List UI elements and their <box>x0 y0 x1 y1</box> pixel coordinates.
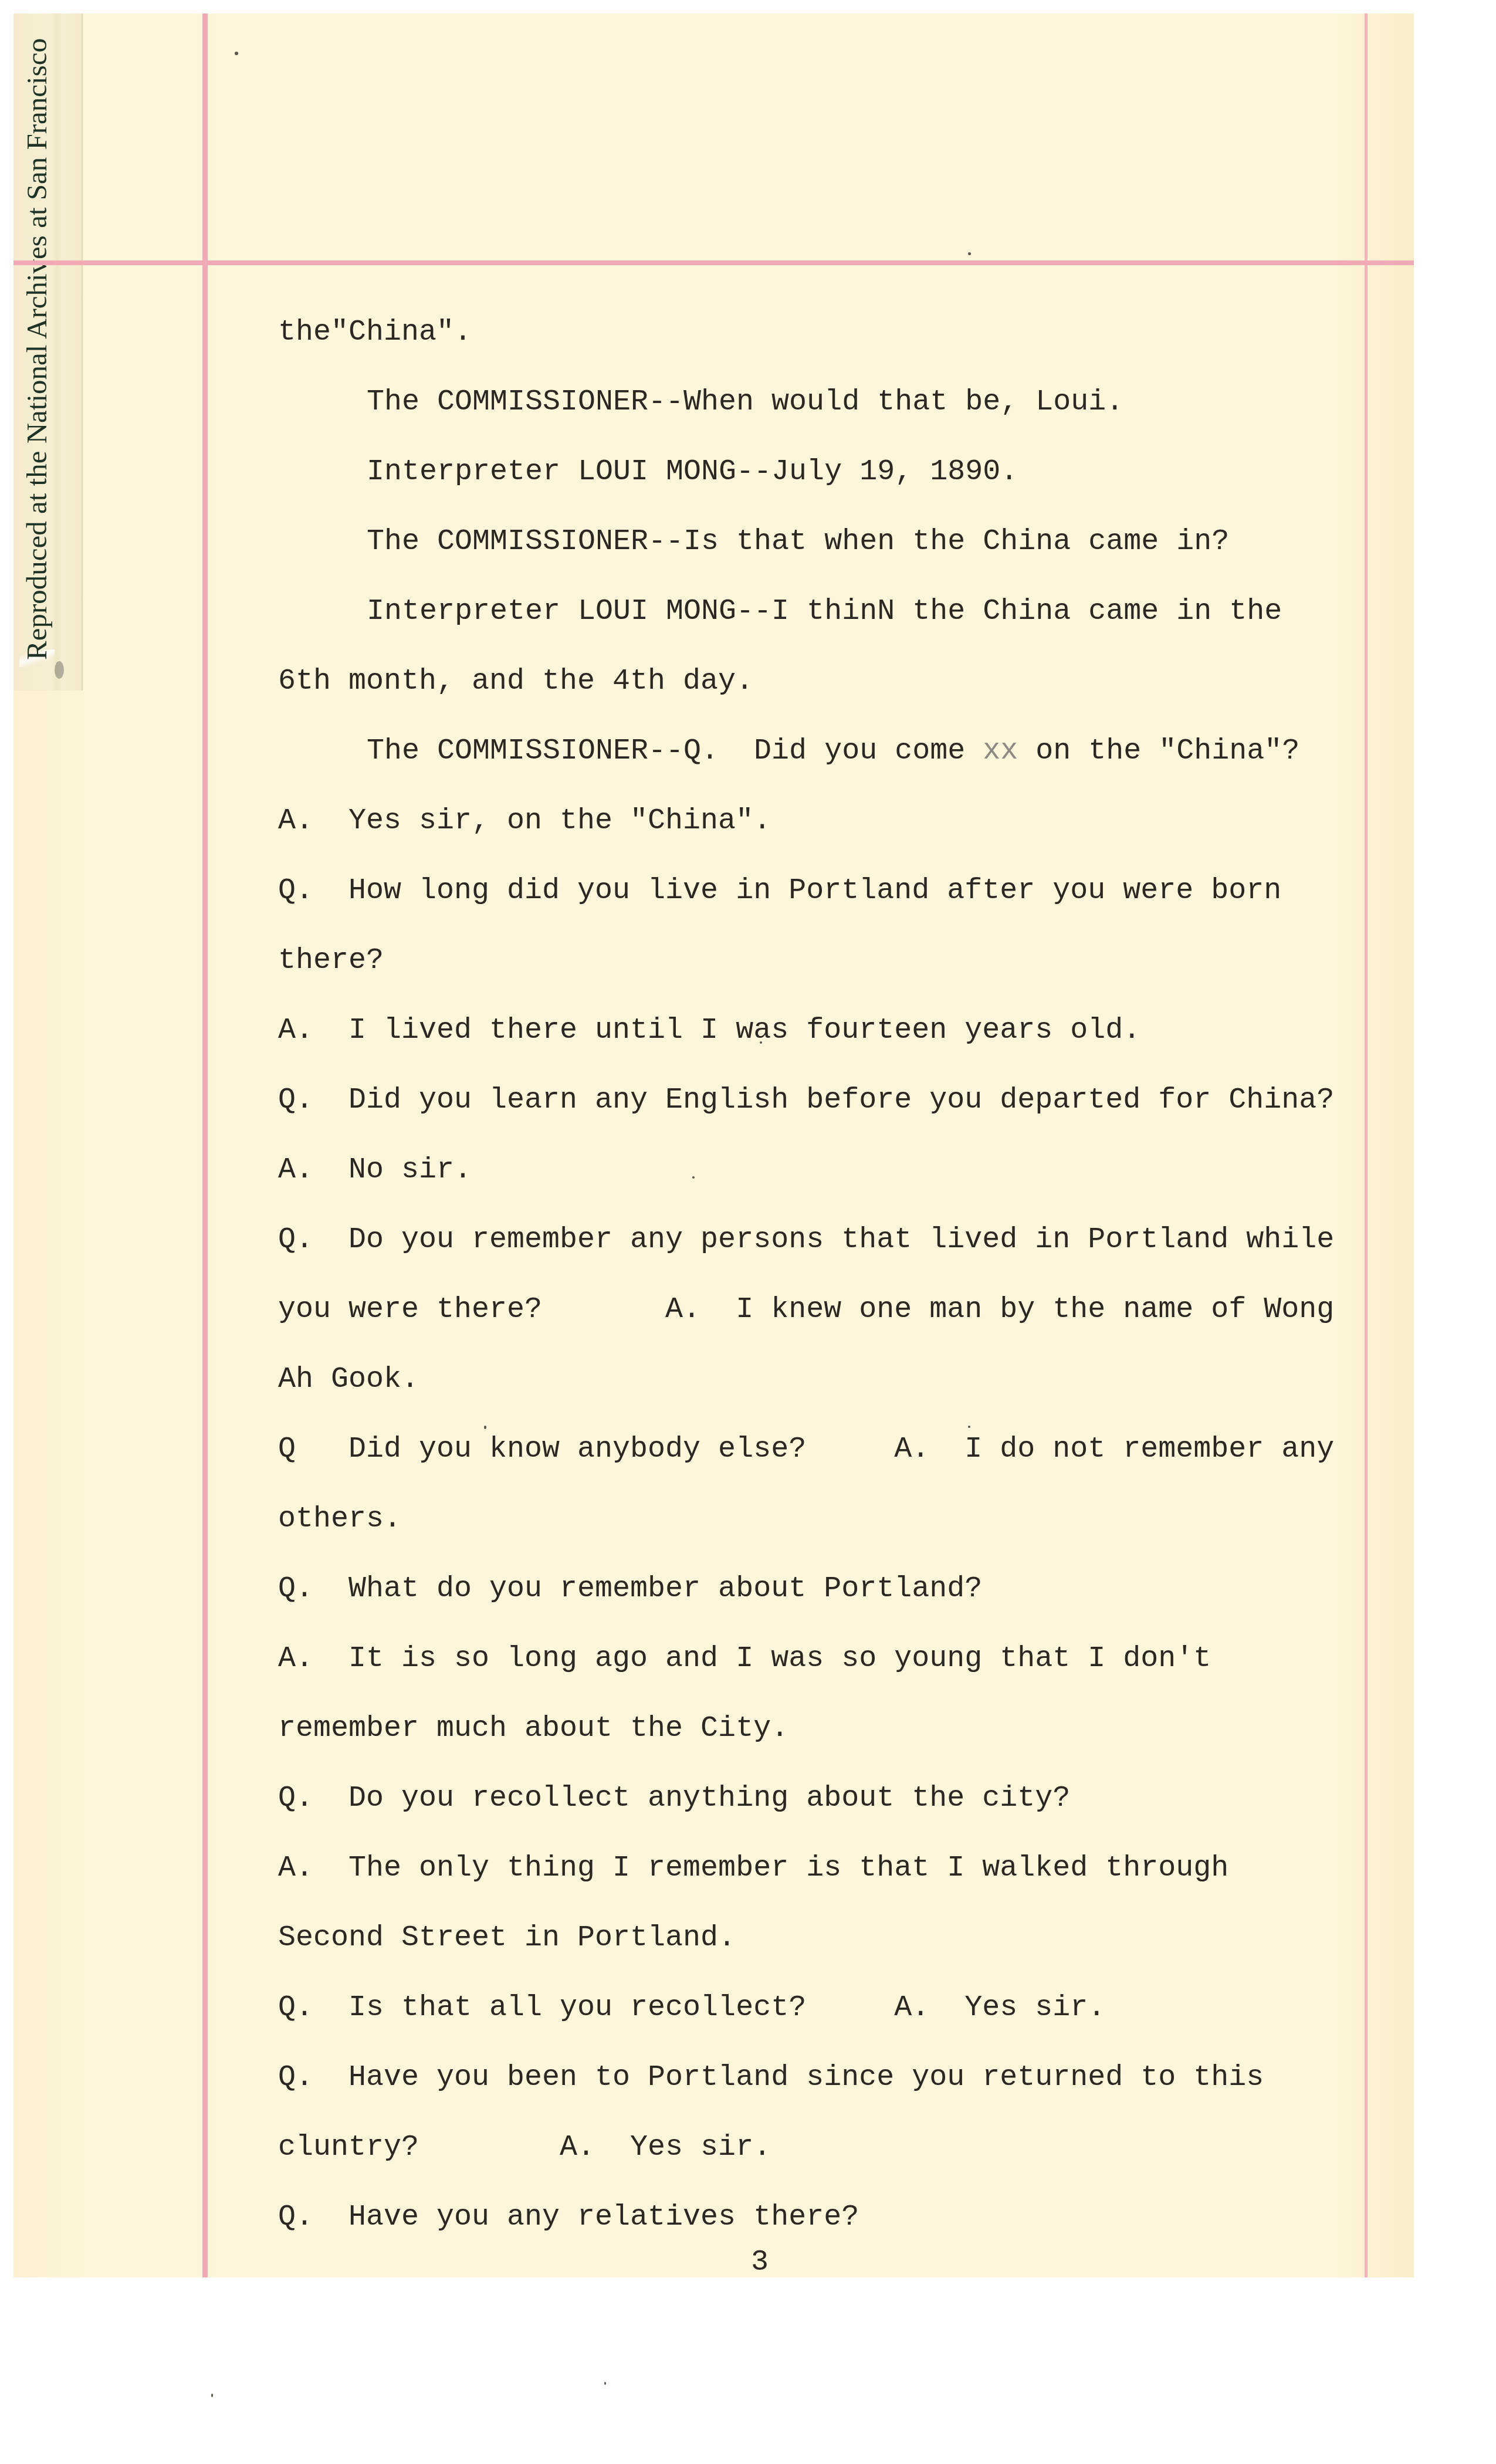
transcript-line: the"China". <box>278 318 472 347</box>
transcript-line: Ah Gook. <box>278 1365 419 1395</box>
transcript-line: The COMMISSIONER--When would that be, Lo… <box>367 388 1123 417</box>
ink-speck <box>484 1426 486 1429</box>
line-text: The COMMISSIONER--Q. Did you come <box>367 735 983 768</box>
transcript-line: Q. Do you recollect anything about the c… <box>278 1784 1070 1813</box>
transcript-line: A. No sir. <box>278 1156 472 1185</box>
ink-speck <box>968 252 971 255</box>
line-text: you were there? A. I knew one man by the… <box>278 1293 1334 1326</box>
line-text: Ah Gook. <box>278 1363 419 1396</box>
line-text: Interpreter LOUI MONG--I thinN the China… <box>367 595 1282 628</box>
transcript-line: Q. Have you any relatives there? <box>278 2203 859 2232</box>
ink-speck <box>604 2382 606 2385</box>
transcript-line: Q. Did you learn any English before you … <box>278 1086 1334 1115</box>
transcript-line: Q. Is that all you recollect? A. Yes sir… <box>278 1993 1105 2023</box>
transcript-line: there? <box>278 946 384 976</box>
transcript-line: A. It is so long ago and I was so young … <box>278 1644 1211 1674</box>
transcript-line: A. The only thing I remember is that I w… <box>278 1854 1228 1883</box>
transcript-line: A. Yes sir, on the "China". <box>278 807 771 836</box>
line-text: The COMMISSIONER--Is that when the China… <box>367 525 1229 559</box>
transcript-line: Q. Do you remember any persons that live… <box>278 1226 1334 1255</box>
line-text: The COMMISSIONER--When would that be, Lo… <box>367 385 1123 419</box>
line-text: A. I lived there until I was fourteen ye… <box>278 1014 1140 1047</box>
line-text: Q. Did you learn any English before you … <box>278 1084 1334 1117</box>
ink-speck <box>760 1041 762 1044</box>
transcript-line: Q Did you know anybody else? A. I do not… <box>278 1435 1334 1464</box>
overstruck-text: xx <box>983 735 1018 768</box>
page-number: 3 <box>751 2248 769 2277</box>
line-text: Q. What do you remember about Portland? <box>278 1572 982 1606</box>
line-text: A. It is so long ago and I was so young … <box>278 1642 1211 1676</box>
line-text: Interpreter LOUI MONG--July 19, 1890. <box>367 455 1018 489</box>
transcript-line: The COMMISSIONER--Is that when the China… <box>367 527 1229 557</box>
line-text: A. No sir. <box>278 1153 472 1187</box>
line-text: Q. Do you recollect anything about the c… <box>278 1782 1070 1815</box>
line-text: on the "China"? <box>1018 735 1299 768</box>
line-text: Q. Do you remember any persons that live… <box>278 1223 1334 1257</box>
line-text: others. <box>278 1502 401 1536</box>
line-text: there? <box>278 944 384 977</box>
line-text: cluntry? A. Yes sir. <box>278 2131 771 2164</box>
transcript-line: Interpreter LOUI MONG--I thinN the China… <box>367 597 1282 627</box>
transcript-line: you were there? A. I knew one man by the… <box>278 1295 1334 1325</box>
ink-speck <box>692 1176 695 1179</box>
ink-speck <box>211 2394 213 2397</box>
transcript-line: cluntry? A. Yes sir. <box>278 2133 771 2162</box>
line-text: Q. How long did you live in Portland aft… <box>278 874 1281 908</box>
transcript-line: The COMMISSIONER--Q. Did you come xx on … <box>367 737 1299 766</box>
transcript-line: Interpreter LOUI MONG--July 19, 1890. <box>367 458 1018 487</box>
line-text: A. Yes sir, on the "China". <box>278 804 771 838</box>
transcript-line: A. I lived there until I was fourteen ye… <box>278 1016 1140 1045</box>
line-text: the"China". <box>278 316 472 349</box>
transcript-line: others. <box>278 1505 401 1534</box>
ink-speck <box>968 1426 970 1428</box>
transcript-line: 6th month, and the 4th day. <box>278 667 753 696</box>
transcript-line: remember much about the City. <box>278 1714 788 1744</box>
transcript-line: Q. What do you remember about Portland? <box>278 1575 982 1604</box>
transcript-line: Q. Have you been to Portland since you r… <box>278 2063 1264 2093</box>
transcript-line: Q. How long did you live in Portland aft… <box>278 876 1281 906</box>
transcript-line: Second Street in Portland. <box>278 1924 736 1953</box>
line-text: Second Street in Portland. <box>278 1921 736 1955</box>
ink-speck <box>235 52 238 55</box>
line-text: Q. Have you any relatives there? <box>278 2201 859 2234</box>
line-text: Q Did you know anybody else? A. I do not… <box>278 1433 1334 1466</box>
line-text: Q. Have you been to Portland since you r… <box>278 2061 1264 2094</box>
line-text: 6th month, and the 4th day. <box>278 665 753 698</box>
line-text: remember much about the City. <box>278 1712 788 1745</box>
line-text: Q. Is that all you recollect? A. Yes sir… <box>278 1991 1105 2025</box>
transcript-body: the"China".The COMMISSIONER--When would … <box>0 0 1496 2464</box>
line-text: A. The only thing I remember is that I w… <box>278 1852 1228 1885</box>
